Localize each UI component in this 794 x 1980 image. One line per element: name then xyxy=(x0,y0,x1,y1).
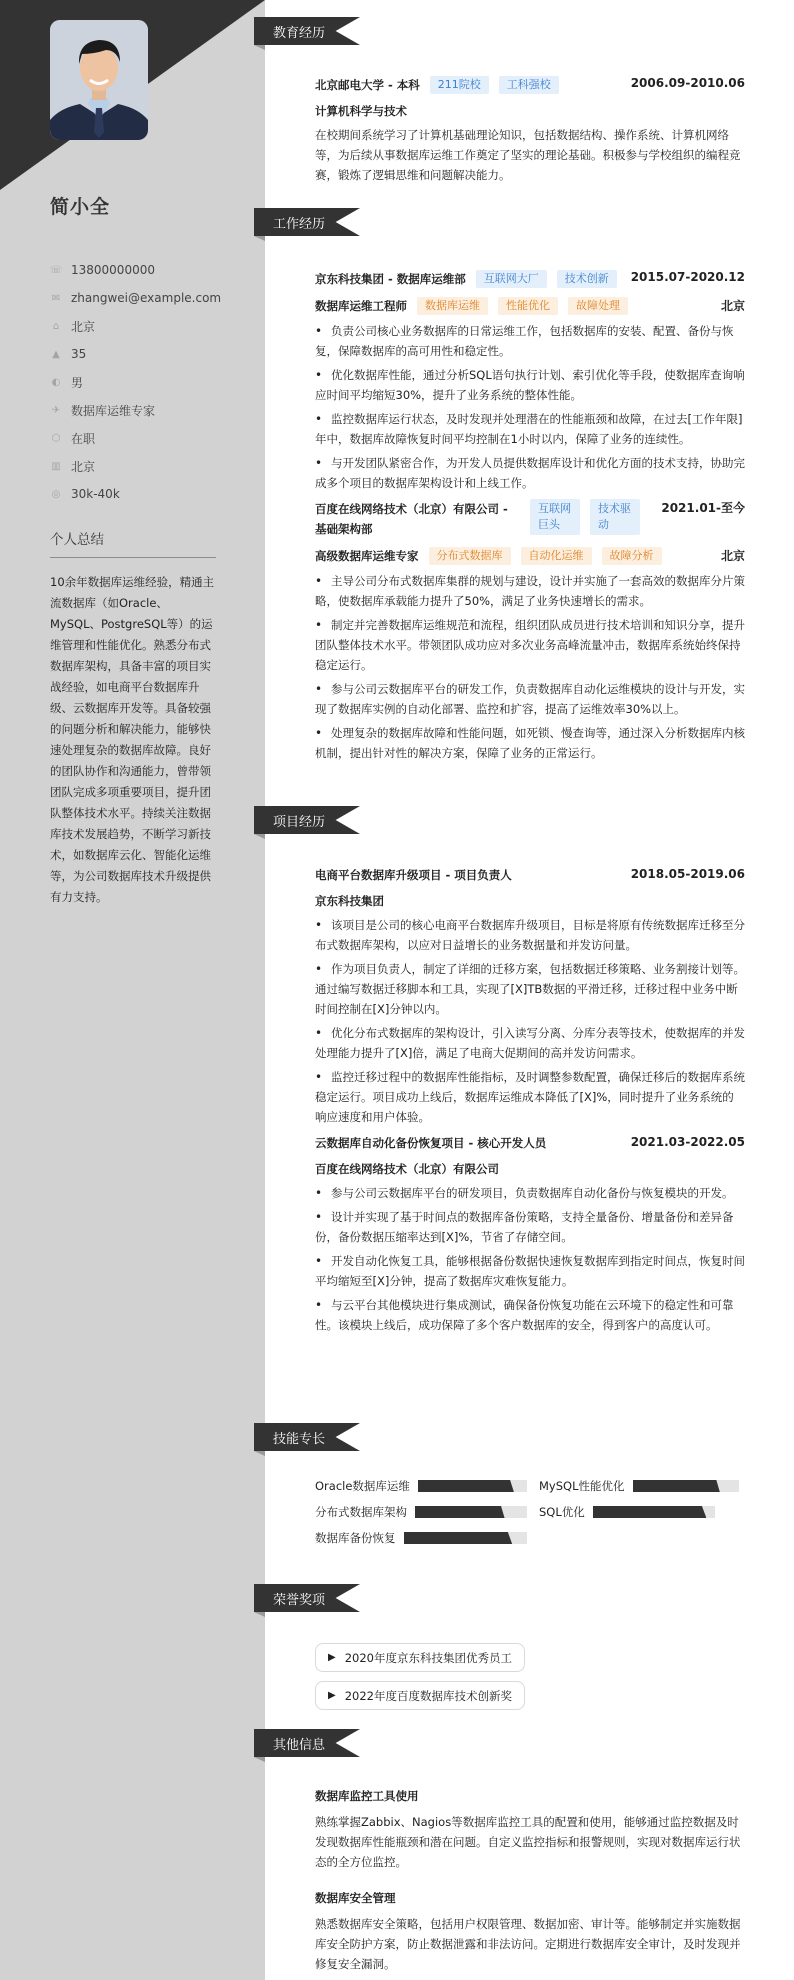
skill-item: Oracle数据库运维 xyxy=(315,1479,527,1493)
project-date: 2021.03-2022.05 xyxy=(631,1135,745,1149)
city-icon: ▥ xyxy=(50,460,62,472)
skill-bar-fill xyxy=(404,1532,513,1544)
info-phone: ☏13800000000 xyxy=(50,256,240,284)
section-header-education: 教育经历 xyxy=(254,17,360,45)
status-value: 在职 xyxy=(71,430,95,447)
work-company: 百度在线网络技术（北京）有限公司 - 基础架构部 xyxy=(315,499,520,539)
skill-bar xyxy=(418,1480,527,1492)
info-age: ▲35 xyxy=(50,340,240,368)
project-bullet: 作为项目负责人，制定了详细的迁移方案，包括数据迁移策略、业务割接计划等。通过编写… xyxy=(315,959,745,1019)
company-tag: 技术驱动 xyxy=(590,499,640,535)
award-item: ▶2022年度百度数据库技术创新奖 xyxy=(315,1681,745,1719)
email-icon: ✉ xyxy=(50,292,62,304)
play-triangle-icon: ▶ xyxy=(328,1652,336,1663)
title-tag: 自动化运维 xyxy=(521,547,592,565)
skill-bar xyxy=(404,1532,528,1544)
info-city: ▥北京 xyxy=(50,452,240,480)
other-title: 数据库安全管理 xyxy=(315,1890,745,1906)
skill-label: 数据库备份恢复 xyxy=(315,1530,396,1546)
section-header-awards: 荣誉奖项 xyxy=(254,1584,360,1612)
skill-label: SQL优化 xyxy=(539,1504,585,1520)
work-bullets: 负责公司核心业务数据库的日常运维工作，包括数据库的安装、配置、备份与恢复，保障数… xyxy=(315,321,745,493)
education-header: 北京邮电大学 - 本科 211院校 工科强校 2006.09-2010.06 xyxy=(315,76,745,94)
title-tag: 数据库运维 xyxy=(417,297,488,315)
location-value: 北京 xyxy=(71,318,95,335)
work-bullet: 制定并完善数据库运维规范和流程，组织团队成员进行技术培训和知识分享，提升团队整体… xyxy=(315,615,745,675)
title-tag: 性能优化 xyxy=(498,297,558,315)
school-tag: 211院校 xyxy=(430,76,489,94)
other-section: 数据库监控工具使用 熟练掌握Zabbix、Nagios等数据库监控工具的配置和使… xyxy=(315,1788,745,1974)
city-value: 北京 xyxy=(71,458,95,475)
gender-value: 男 xyxy=(71,374,83,391)
project-date: 2018.05-2019.06 xyxy=(631,867,745,881)
award-item: ▶2020年度京东科技集团优秀员工 xyxy=(315,1643,745,1681)
skill-bar-fill xyxy=(415,1506,505,1518)
company-tag: 互联网大厂 xyxy=(476,270,547,288)
skill-bar xyxy=(415,1506,527,1518)
skill-bar-fill xyxy=(593,1506,707,1518)
section-header-work: 工作经历 xyxy=(254,208,360,236)
info-position: ✈数据库运维专家 xyxy=(50,396,240,424)
work-bullet: 处理复杂的数据库故障和性能问题，如死锁、慢查询等，通过深入分析数据库内核机制，提… xyxy=(315,723,745,763)
salary-icon: ◎ xyxy=(50,488,62,500)
award-text: 2020年度京东科技集团优秀员工 xyxy=(345,1650,512,1666)
info-email: ✉zhangwei@example.com xyxy=(50,284,240,312)
other-title: 数据库监控工具使用 xyxy=(315,1788,745,1804)
contact-info-list: ☏13800000000 ✉zhangwei@example.com ⌂北京 ▲… xyxy=(50,256,240,508)
work-title: 高级数据库运维专家 xyxy=(315,548,419,564)
company-tag: 技术创新 xyxy=(557,270,617,288)
summary-text: 10余年数据库运维经验，精通主流数据库（如Oracle、MySQL、Postgr… xyxy=(50,572,216,908)
project-name: 云数据库自动化备份恢复项目 - 核心开发人员 xyxy=(315,1135,546,1151)
projects-section: 电商平台数据库升级项目 - 项目负责人 2018.05-2019.06 京东科技… xyxy=(315,867,745,1339)
info-salary: ◎30k-40k xyxy=(50,480,240,508)
other-description: 熟练掌握Zabbix、Nagios等数据库监控工具的配置和使用，能够通过监控数据… xyxy=(315,1812,745,1872)
skill-label: Oracle数据库运维 xyxy=(315,1478,410,1494)
project-bullet: 与云平台其他模块进行集成测试，确保备份恢复功能在云环境下的稳定性和可靠性。该模块… xyxy=(315,1295,745,1335)
skill-item: SQL优化 xyxy=(527,1505,739,1519)
salary-value: 30k-40k xyxy=(71,487,120,501)
project-bullets: 参与公司云数据库平台的研发项目，负责数据库自动化备份与恢复模块的开发。 设计并实… xyxy=(315,1183,745,1335)
work-date: 2021.01-至今 xyxy=(661,499,745,516)
gender-icon: ◐ xyxy=(50,376,62,388)
project-bullet: 设计并实现了基于时间点的数据库备份策略，支持全量备份、增量备份和差异备份，备份数… xyxy=(315,1207,745,1247)
school-name: 北京邮电大学 - 本科 xyxy=(315,77,420,93)
location-icon: ⌂ xyxy=(50,320,62,332)
phone-value: 13800000000 xyxy=(71,263,155,277)
skill-bar xyxy=(633,1480,740,1492)
work-entry: 百度在线网络技术（北京）有限公司 - 基础架构部 互联网巨头 技术驱动 2021… xyxy=(315,499,745,763)
school-tag: 工科强校 xyxy=(499,76,559,94)
project-bullet: 优化分布式数据库的架构设计，引入读写分离、分库分表等技术，使数据库的并发处理能力… xyxy=(315,1023,745,1063)
section-header-skills: 技能专长 xyxy=(254,1423,360,1451)
work-date: 2015.07-2020.12 xyxy=(631,270,745,284)
title-tag: 故障分析 xyxy=(602,547,662,565)
section-header-projects: 项目经历 xyxy=(254,806,360,834)
awards-section: ▶2020年度京东科技集团优秀员工 ▶2022年度百度数据库技术创新奖 xyxy=(315,1643,745,1719)
resume-page: 简小全 ☏13800000000 ✉zhangwei@example.com ⌂… xyxy=(0,0,794,1980)
info-status: ⬡在职 xyxy=(50,424,240,452)
project-bullet: 监控迁移过程中的数据库性能指标，及时调整参数配置，确保迁移后的数据库系统稳定运行… xyxy=(315,1067,745,1127)
project-bullets: 该项目是公司的核心电商平台数据库升级项目，目标是将原有传统数据库迁移至分布式数据… xyxy=(315,915,745,1127)
project-bullet: 该项目是公司的核心电商平台数据库升级项目，目标是将原有传统数据库迁移至分布式数据… xyxy=(315,915,745,955)
skill-label: MySQL性能优化 xyxy=(539,1478,625,1494)
work-location: 北京 xyxy=(721,297,745,314)
avatar-portrait-icon xyxy=(50,20,148,140)
skill-item: 数据库备份恢复 xyxy=(315,1531,527,1545)
work-company: 京东科技集团 - 数据库运维部 xyxy=(315,271,466,287)
skill-item: MySQL性能优化 xyxy=(527,1479,739,1493)
title-tag: 分布式数据库 xyxy=(429,547,511,565)
skills-grid: Oracle数据库运维 MySQL性能优化 分布式数据库架构 SQL优化 数据库… xyxy=(315,1479,745,1545)
avatar xyxy=(50,20,148,140)
section-header-other: 其他信息 xyxy=(254,1729,360,1757)
title-tag: 故障处理 xyxy=(568,297,628,315)
other-description: 熟悉数据库安全策略，包括用户权限管理、数据加密、审计等。能够制定并实施数据库安全… xyxy=(315,1914,745,1974)
age-icon: ▲ xyxy=(50,348,62,360)
education-description: 在校期间系统学习了计算机基础理论知识，包括数据结构、操作系统、计算机网络等，为后… xyxy=(315,125,745,185)
company-tag: 互联网巨头 xyxy=(530,499,580,535)
work-bullets: 主导公司分布式数据库集群的规划与建设，设计并实施了一套高效的数据库分片策略，使数… xyxy=(315,571,745,763)
play-triangle-icon: ▶ xyxy=(328,1690,336,1701)
project-entry: 云数据库自动化备份恢复项目 - 核心开发人员 2021.03-2022.05 百… xyxy=(315,1135,745,1335)
email-value: zhangwei@example.com xyxy=(71,291,221,305)
project-company: 京东科技集团 xyxy=(315,893,745,909)
work-location: 北京 xyxy=(721,547,745,564)
position-value: 数据库运维专家 xyxy=(71,402,155,419)
education-date: 2006.09-2010.06 xyxy=(631,76,745,90)
skill-label: 分布式数据库架构 xyxy=(315,1504,407,1520)
work-section: 京东科技集团 - 数据库运维部 互联网大厂 技术创新 2015.07-2020.… xyxy=(315,270,745,767)
project-company: 百度在线网络技术（北京）有限公司 xyxy=(315,1161,745,1177)
phone-icon: ☏ xyxy=(50,264,62,276)
education-section: 北京邮电大学 - 本科 211院校 工科强校 2006.09-2010.06 计… xyxy=(315,76,745,185)
work-title: 数据库运维工程师 xyxy=(315,298,407,314)
education-major: 计算机科学与技术 xyxy=(315,103,745,119)
summary-title: 个人总结 xyxy=(50,528,216,558)
candidate-name: 简小全 xyxy=(50,192,110,219)
work-bullet: 负责公司核心业务数据库的日常运维工作，包括数据库的安装、配置、备份与恢复，保障数… xyxy=(315,321,745,361)
info-gender: ◐男 xyxy=(50,368,240,396)
project-bullet: 参与公司云数据库平台的研发项目，负责数据库自动化备份与恢复模块的开发。 xyxy=(315,1183,745,1203)
award-text: 2022年度百度数据库技术创新奖 xyxy=(345,1688,512,1704)
status-icon: ⬡ xyxy=(50,432,62,444)
sidebar: 简小全 ☏13800000000 ✉zhangwei@example.com ⌂… xyxy=(0,0,265,1980)
work-bullet: 主导公司分布式数据库集群的规划与建设，设计并实施了一套高效的数据库分片策略，使数… xyxy=(315,571,745,611)
project-bullet: 开发自动化恢复工具，能够根据备份数据快速恢复数据库到指定时间点，恢复时间平均缩短… xyxy=(315,1251,745,1291)
info-location: ⌂北京 xyxy=(50,312,240,340)
project-entry: 电商平台数据库升级项目 - 项目负责人 2018.05-2019.06 京东科技… xyxy=(315,867,745,1127)
work-bullet: 监控数据库运行状态，及时发现并处理潜在的性能瓶颈和故障，在过去[工作年限]年中，… xyxy=(315,409,745,449)
skill-item: 分布式数据库架构 xyxy=(315,1505,527,1519)
skill-bar xyxy=(593,1506,715,1518)
age-value: 35 xyxy=(71,347,86,361)
work-entry: 京东科技集团 - 数据库运维部 互联网大厂 技术创新 2015.07-2020.… xyxy=(315,270,745,493)
skills-section: Oracle数据库运维 MySQL性能优化 分布式数据库架构 SQL优化 数据库… xyxy=(315,1479,745,1545)
skill-bar-fill xyxy=(418,1480,514,1492)
work-bullet: 优化数据库性能，通过分析SQL语句执行计划、索引优化等手段，使数据库查询响应时间… xyxy=(315,365,745,405)
work-bullet: 与开发团队紧密合作，为开发人员提供数据库设计和优化方面的技术支持，协助完成多个项… xyxy=(315,453,745,493)
work-bullet: 参与公司云数据库平台的研发工作，负责数据库自动化运维模块的设计与开发，实现了数据… xyxy=(315,679,745,719)
position-icon: ✈ xyxy=(50,404,62,416)
project-name: 电商平台数据库升级项目 - 项目负责人 xyxy=(315,867,512,883)
skill-bar-fill xyxy=(633,1480,720,1492)
